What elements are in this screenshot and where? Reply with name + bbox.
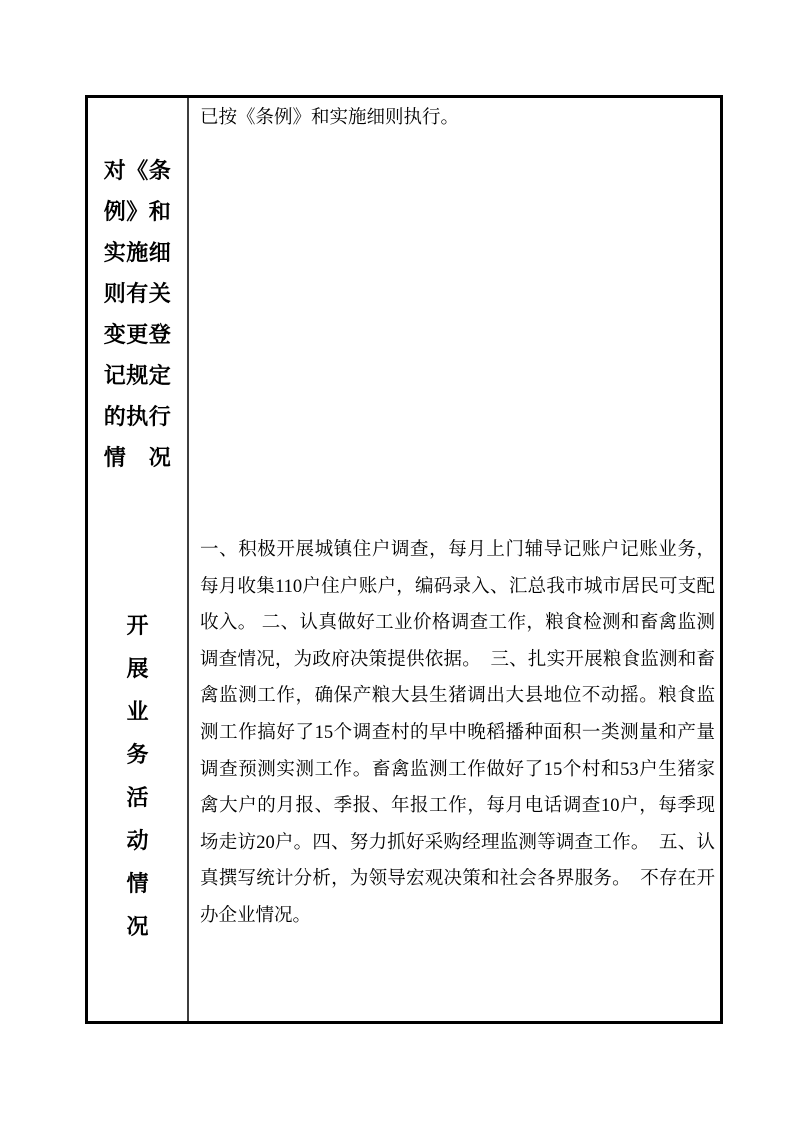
row2-label-line: 活 xyxy=(100,776,175,819)
row1-label-line: 则有关 xyxy=(100,273,175,314)
annual-report-form-table: 对《条 例》和 实施细 则有关 变更登 记规定 的执行 情 况 已按《条例》和实… xyxy=(85,95,723,1024)
row1-label-line: 对《条 xyxy=(100,150,175,191)
row1-label-line: 的执行 xyxy=(100,396,175,437)
row1-label-line: 变更登 xyxy=(100,314,175,355)
row1-label-line: 记规定 xyxy=(100,355,175,396)
row2-label-line: 务 xyxy=(100,733,175,776)
row1-label-cell-regulation-execution: 对《条 例》和 实施细 则有关 变更登 记规定 的执行 情 况 xyxy=(88,98,189,530)
row2-label-line: 情 xyxy=(100,862,175,905)
row1-label-line: 例》和 xyxy=(100,191,175,232)
row2-label-line: 动 xyxy=(100,819,175,862)
row1-label-line: 情 况 xyxy=(100,437,175,478)
row2-content-cell: 一、积极开展城镇住户调查，每月上门辅导记账户记账业务，每月收集110户住户账户，… xyxy=(189,530,720,1021)
row2-label-line: 展 xyxy=(100,647,175,690)
row2-label-line: 况 xyxy=(100,905,175,948)
row2-label-line: 业 xyxy=(100,690,175,733)
row2-content-text: 一、积极开展城镇住户调查，每月上门辅导记账户记账业务，每月收集110户住户账户，… xyxy=(200,532,715,935)
row1-content-cell: 已按《条例》和实施细则执行。 xyxy=(189,98,720,530)
row1-content-text: 已按《条例》和实施细则执行。 xyxy=(200,100,715,137)
row2-label-line: 开 xyxy=(100,604,175,647)
row2-label-cell-business-activities: 开 展 业 务 活 动 情 况 xyxy=(88,530,189,1021)
row1-label-line: 实施细 xyxy=(100,232,175,273)
document-page: 对《条 例》和 实施细 则有关 变更登 记规定 的执行 情 况 已按《条例》和实… xyxy=(0,0,794,1122)
